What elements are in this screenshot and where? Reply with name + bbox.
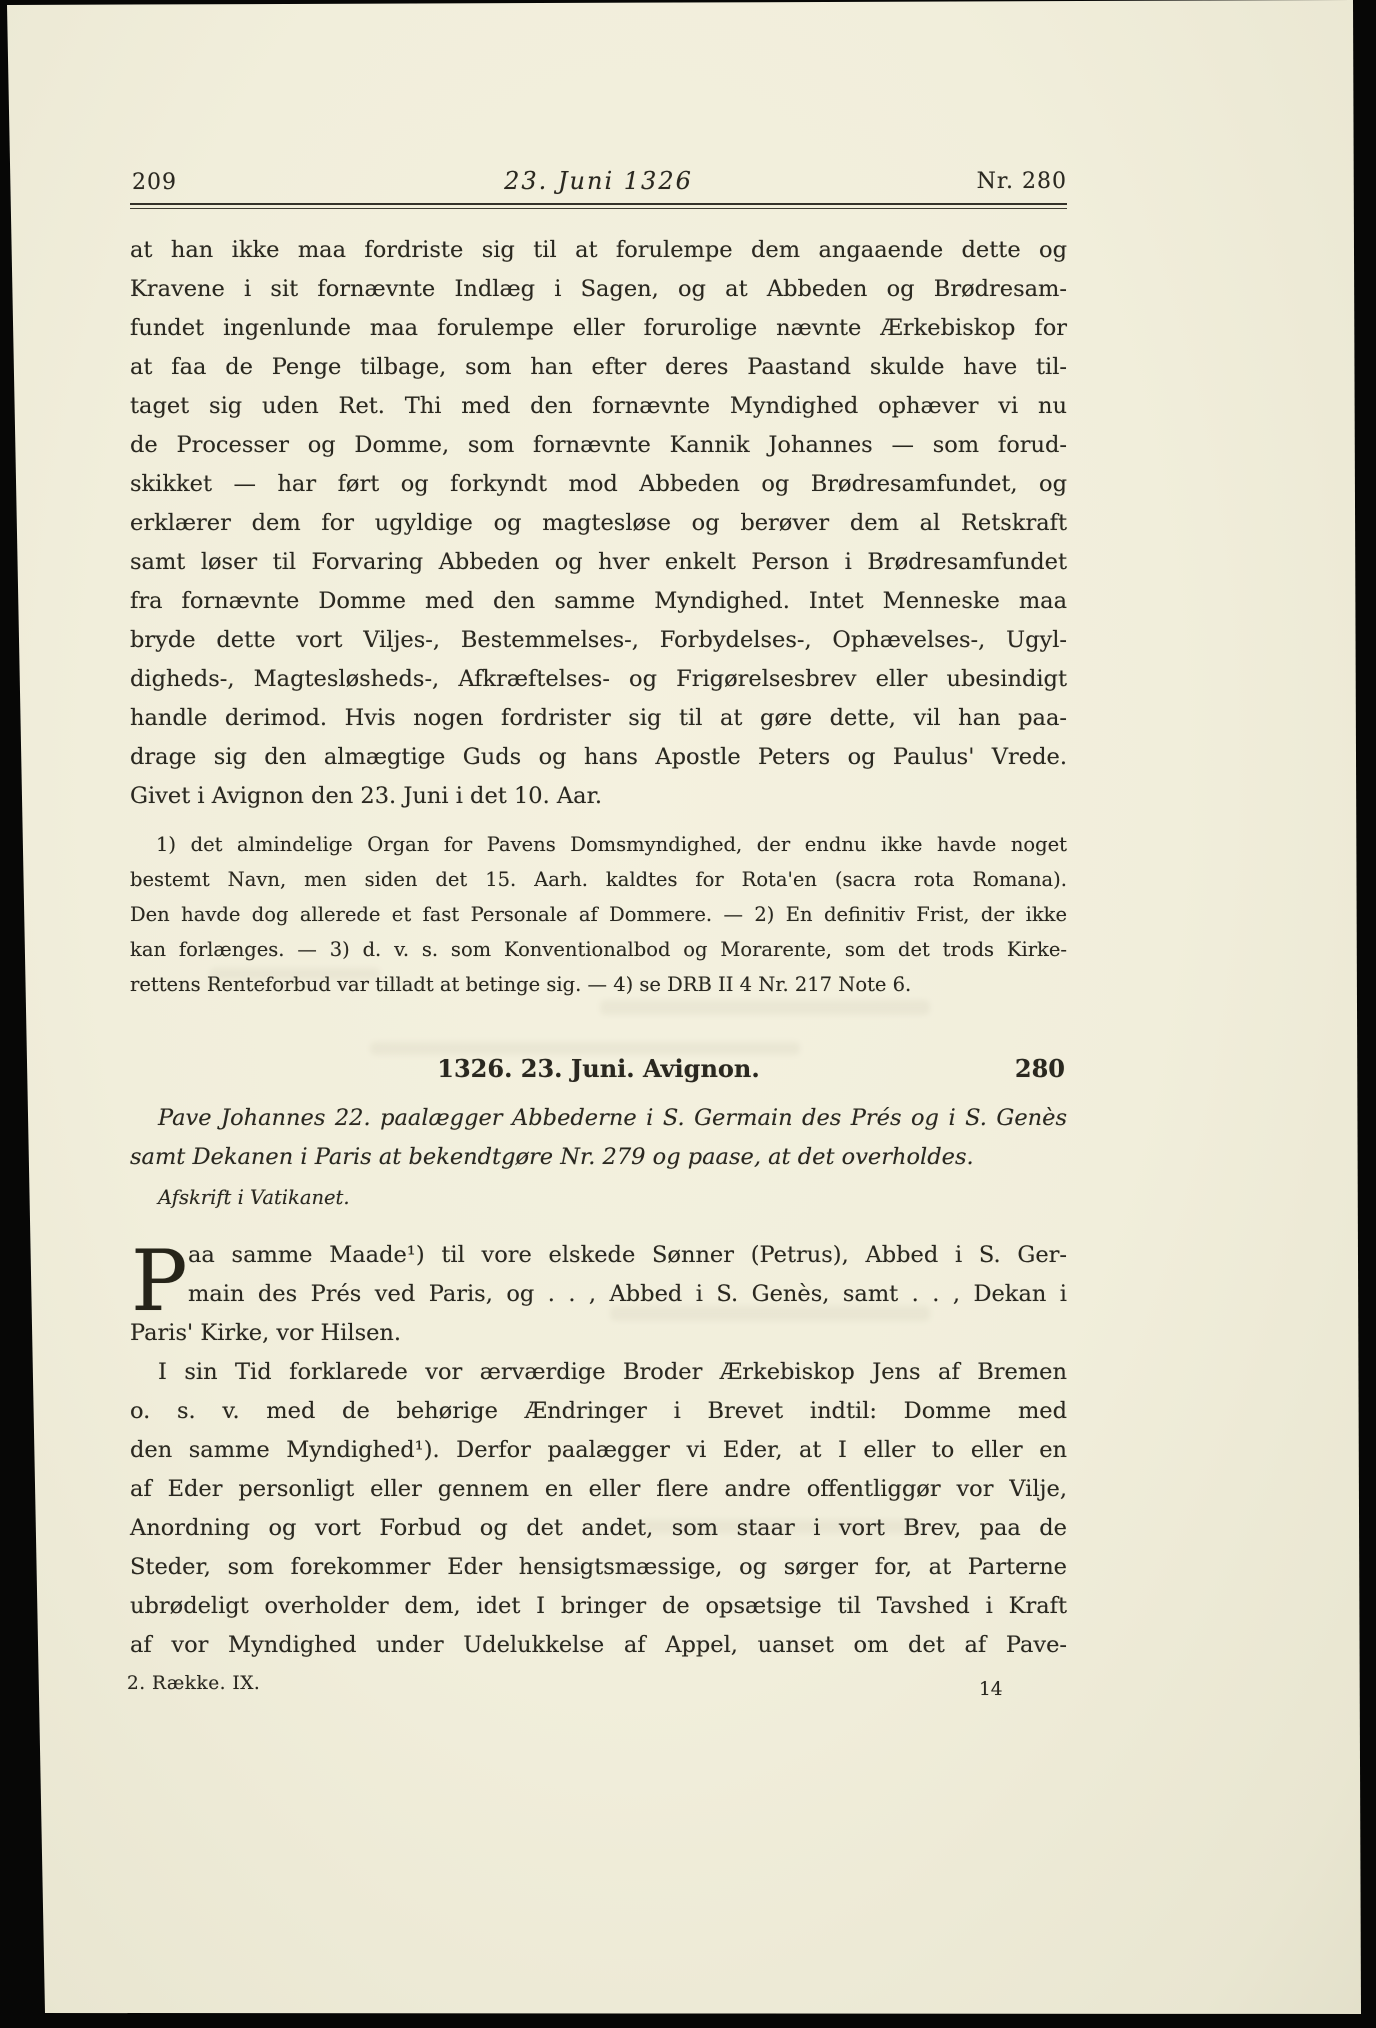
footnote-line: kan forlænges. — 3) d. v. s. som Konvent… bbox=[130, 932, 1067, 967]
opening-paragraph: P aa samme Maade¹) til vore elskede Sønn… bbox=[130, 1236, 1067, 1353]
scan-background: 209 23. Juni 1326 Nr. 280 at han ikke ma… bbox=[0, 0, 1376, 2028]
body-text-line: Anordning og vort Forbud og det andet, s… bbox=[130, 1509, 1067, 1548]
body-text-line: Paris' Kirke, vor Hilsen. bbox=[130, 1314, 1067, 1353]
body-text-line: de Processer og Domme, som fornævnte Kan… bbox=[130, 426, 1067, 465]
body-text-line: fra fornævnte Domme med den samme Myndig… bbox=[130, 582, 1067, 621]
body-text-line: af Eder personligt eller gennem en eller… bbox=[130, 1470, 1067, 1509]
body-text-line: Steder, som forekommer Eder hensigtsmæss… bbox=[130, 1548, 1067, 1587]
footnote-line: Den havde dog allerede et fast Personale… bbox=[130, 897, 1067, 932]
body-text-line: den samme Myndighed¹). Derfor paalægger … bbox=[130, 1431, 1067, 1470]
footnote-line: bestemt Navn, men siden det 15. Aarh. ka… bbox=[130, 862, 1067, 897]
body-text-line: taget sig uden Ret. Thi med den fornævnt… bbox=[130, 387, 1067, 426]
footnote-line: rettens Renteforbud var tilladt at betin… bbox=[130, 967, 1067, 1002]
header-doc-number: Nr. 280 bbox=[977, 169, 1067, 194]
doc-heading: 1326. 23. Juni. Avignon. 280 bbox=[130, 1054, 1067, 1086]
document-body-text: at han ikke maa fordriste sig til at for… bbox=[130, 231, 1067, 816]
body-text-line: at han ikke maa fordriste sig til at for… bbox=[130, 231, 1067, 270]
body-text-line: af vor Myndighed under Udelukkelse af Ap… bbox=[130, 1626, 1067, 1665]
body-text-line: o. s. v. med de behørige Ændringer i Bre… bbox=[130, 1392, 1067, 1431]
body-text-line: digheds-, Magtesløsheds-, Afkræftelses- … bbox=[130, 660, 1067, 699]
body-text-line: handle derimod. Hvis nogen fordrister si… bbox=[130, 699, 1067, 738]
footnote-line: 1) det almindelige Organ for Pavens Doms… bbox=[130, 827, 1067, 862]
header-running-title: 23. Juni 1326 bbox=[130, 167, 1067, 195]
body-text-line: erklærer dem for ugyldige og magtesløse … bbox=[130, 504, 1067, 543]
body-text-line: aa samme Maade¹) til vore elskede Sønner… bbox=[130, 1236, 1067, 1275]
show-through-ghost bbox=[600, 1000, 930, 1015]
body-text-line: skikket — har ført og forkyndt mod Abbed… bbox=[130, 465, 1067, 504]
body-text-line: main des Prés ved Paris, og . . , Abbed … bbox=[130, 1275, 1067, 1314]
footnote-block: 1) det almindelige Organ for Pavens Doms… bbox=[130, 827, 1067, 1002]
body-text-line: I sin Tid forklarede vor ærværdige Brode… bbox=[130, 1353, 1067, 1392]
doc-summary: Pave Johannes 22. paalægger Abbederne i … bbox=[130, 1099, 1067, 1177]
body-text-line: fundet ingenlunde maa forulempe eller fo… bbox=[130, 309, 1067, 348]
body-text-line: at faa de Penge tilbage, som han efter d… bbox=[130, 348, 1067, 387]
drop-cap: P bbox=[131, 1239, 188, 1323]
footer-sheet-number: 14 bbox=[979, 1679, 1003, 1700]
body-text-line: Kravene i sit fornævnte Indlæg i Sagen, … bbox=[130, 270, 1067, 309]
footer-series-label: 2. Række. IX. bbox=[127, 1673, 260, 1694]
body-text-line: drage sig den almægtige Guds og hans Apo… bbox=[130, 738, 1067, 777]
summary-line: Pave Johannes 22. paalægger Abbederne i … bbox=[130, 1099, 1067, 1138]
continuation-paragraph: I sin Tid forklarede vor ærværdige Brode… bbox=[130, 1353, 1067, 1665]
book-page: 209 23. Juni 1326 Nr. 280 at han ikke ma… bbox=[0, 0, 1376, 2028]
opening-paragraph-lines: aa samme Maade¹) til vore elskede Sønner… bbox=[130, 1236, 1067, 1353]
body-text-line: samt løser til Forvaring Abbeden og hver… bbox=[130, 543, 1067, 582]
doc-heading-number: 280 bbox=[1015, 1054, 1065, 1083]
body-text-line: Givet i Avignon den 23. Juni i det 10. A… bbox=[130, 777, 1067, 816]
page-header: 209 23. Juni 1326 Nr. 280 bbox=[130, 167, 1067, 197]
doc-heading-date: 1326. 23. Juni. Avignon. bbox=[130, 1054, 1067, 1083]
body-text-line: ubrødeligt overholder dem, idet I bringe… bbox=[130, 1587, 1067, 1626]
body-text-line: bryde dette vort Viljes-, Bestemmelses-,… bbox=[130, 621, 1067, 660]
source-note: Afskrift i Vatikanet. bbox=[158, 1186, 350, 1209]
summary-line: samt Dekanen i Paris at bekendtgøre Nr. … bbox=[130, 1138, 1067, 1177]
header-rule bbox=[130, 203, 1067, 209]
